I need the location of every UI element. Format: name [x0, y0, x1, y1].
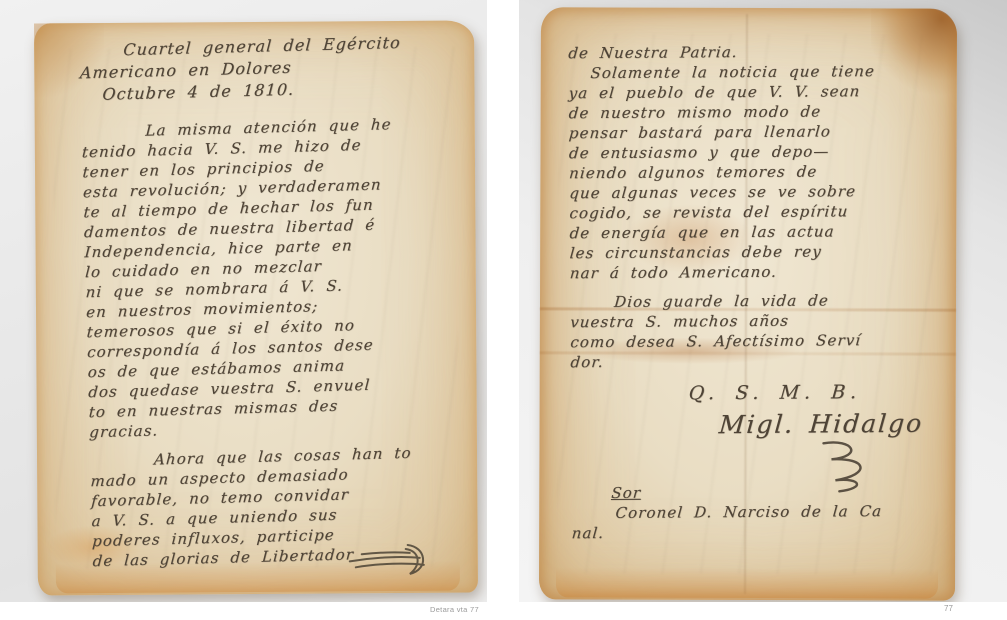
handwritten-line: que algunas veces se ve sobre: [569, 181, 923, 203]
handwritten-line: Dios guarde la vida de: [569, 290, 923, 312]
handwritten-line: como desea S. Afectísimo Serví: [570, 330, 924, 352]
handwritten-line: pensar bastará para llenarlo: [568, 121, 922, 143]
handwritten-line: de nuestro mismo modo de: [568, 101, 922, 123]
handwritten-line: nar á todo Americano.: [569, 261, 923, 283]
handwritten-line: niendo algunos temores de: [568, 161, 922, 183]
letter-page-2-image[interactable]: de Nuestra Patria.Solamente la noticia q…: [519, 0, 1007, 602]
handwritten-line: cogido, se revista del espíritu: [569, 201, 923, 223]
viewer-stage: Cuartel general del EgércitoAmericano en…: [0, 0, 1007, 620]
handwritten-line: les circunstancias debe rey: [569, 241, 923, 263]
paraph-flourish-icon: [346, 537, 438, 584]
handwritten-line: vuestra S. muchos años: [569, 310, 923, 332]
handwritten-line: Coronel D. Narciso de la Ca: [571, 501, 925, 523]
handwritten-line: de Nuestra Patria.: [568, 41, 922, 63]
handwritten-line: ya el pueblo de que V. V. sean: [568, 81, 922, 103]
letter-page-1-image[interactable]: Cuartel general del EgércitoAmericano en…: [0, 0, 487, 602]
paper-sheet-left: Cuartel general del EgércitoAmericano en…: [34, 20, 478, 595]
page-caption: Detara vta 77: [430, 605, 479, 614]
handwritten-line: nal.: [571, 521, 925, 543]
handwritten-line: Solamente la noticia que tiene: [568, 61, 922, 83]
handwritten-line: de energía que en las actua: [569, 221, 923, 243]
paper-sheet-right: de Nuestra Patria.Solamente la noticia q…: [539, 7, 957, 600]
handwritten-text-block-left: Cuartel general del EgércitoAmericano en…: [79, 32, 415, 571]
handwritten-line: Q. S. M. B.: [570, 379, 924, 407]
handwritten-line: dor.: [570, 350, 924, 372]
page-number: 77: [944, 604, 953, 613]
signature-rubric-icon: [811, 438, 873, 496]
handwritten-line: de entusiasmo y que depo—: [568, 141, 922, 163]
